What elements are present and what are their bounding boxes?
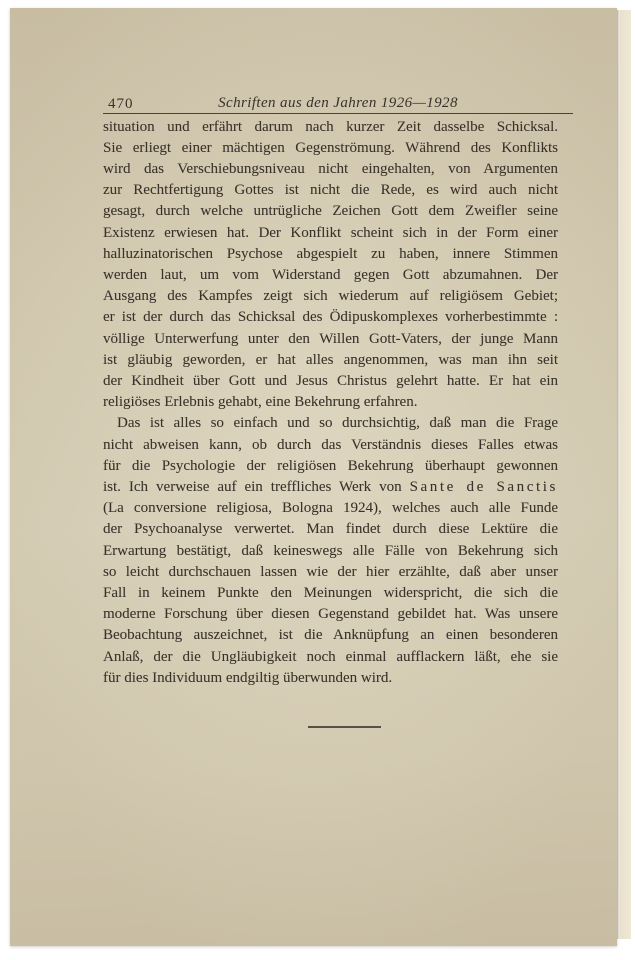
body-line: ist. Ich verweise auf ein treffliches We… (103, 477, 558, 498)
body-line: gesagt, durch welche untrügliche Zeichen… (103, 201, 558, 222)
body-line: Ausgang des Kampfes zeigt sich wiederum … (103, 286, 558, 307)
body-line: wird das Verschiebungsniveau nicht einge… (103, 159, 558, 180)
line-segment: ist. Ich verweise auf ein treffliches We… (103, 479, 410, 495)
body-line: Fall in keinem Punkte den Meinungen wide… (103, 583, 558, 604)
body-line: ist gläubig geworden, er hat alles angen… (103, 350, 558, 371)
body-line: Existenz erwiesen hat. Der Konflikt sche… (103, 223, 558, 244)
body-line: der Kindheit über Gott und Jesus Christu… (103, 371, 558, 392)
body-line: halluzinatorischen Psychose abgespielt z… (103, 244, 558, 265)
body-text: situation und erfährt darum nach kurzer … (103, 117, 558, 689)
body-line: er ist der durch das Schicksal des Ödipu… (103, 307, 558, 328)
body-line: situation und erfährt darum nach kurzer … (103, 117, 558, 138)
body-line: für dies Individuum endgiltig überwunden… (103, 668, 558, 689)
paragraph: Das ist alles so einfach und so durchsic… (103, 413, 558, 689)
page-edge (617, 10, 631, 939)
scan-background: 470 Schriften aus den Jahren 1926—1928 s… (0, 0, 635, 960)
book-page: 470 Schriften aus den Jahren 1926—1928 s… (10, 8, 617, 946)
body-line: Beobachtung auszeichnet, ist die Anknüpf… (103, 625, 558, 646)
body-line: (La conversione religiosa, Bologna 1924)… (103, 498, 558, 519)
body-line: völlige Unterwerfung unter den Willen Go… (103, 329, 558, 350)
paragraph: situation und erfährt darum nach kurzer … (103, 117, 558, 414)
running-header: 470 Schriften aus den Jahren 1926—1928 (103, 95, 573, 112)
body-line: moderne Forschung über diesen Gegenstand… (103, 604, 558, 625)
body-line: nicht abweisen kann, ob durch das Verstä… (103, 435, 558, 456)
body-line: werden laut, um vom Widerstand gegen Got… (103, 265, 558, 286)
running-title: Schriften aus den Jahren 1926—1928 (103, 95, 573, 112)
body-line: Das ist alles so einfach und so durchsic… (103, 413, 558, 434)
body-line: so leicht durchschauen lassen wie der hi… (103, 562, 558, 583)
body-line: Erwartung bestätigt, daß keineswegs alle… (103, 541, 558, 562)
body-line: Anlaß, der die Ungläubigkeit noch einmal… (103, 647, 558, 668)
body-line: für die Psychologie der religiösen Bekeh… (103, 456, 558, 477)
body-line: der Psychoanalyse verwertet. Man findet … (103, 519, 558, 540)
section-divider (308, 726, 381, 728)
header-rule (103, 113, 573, 115)
body-line: zur Rechtfertigung Gottes ist nicht die … (103, 180, 558, 201)
body-line: Sie erliegt einer mächtigen Gegenströmun… (103, 138, 558, 159)
body-line: religiöses Erlebnis gehabt, eine Bekehru… (103, 392, 558, 413)
letterspaced-name: Sante de Sanctis (410, 479, 558, 495)
